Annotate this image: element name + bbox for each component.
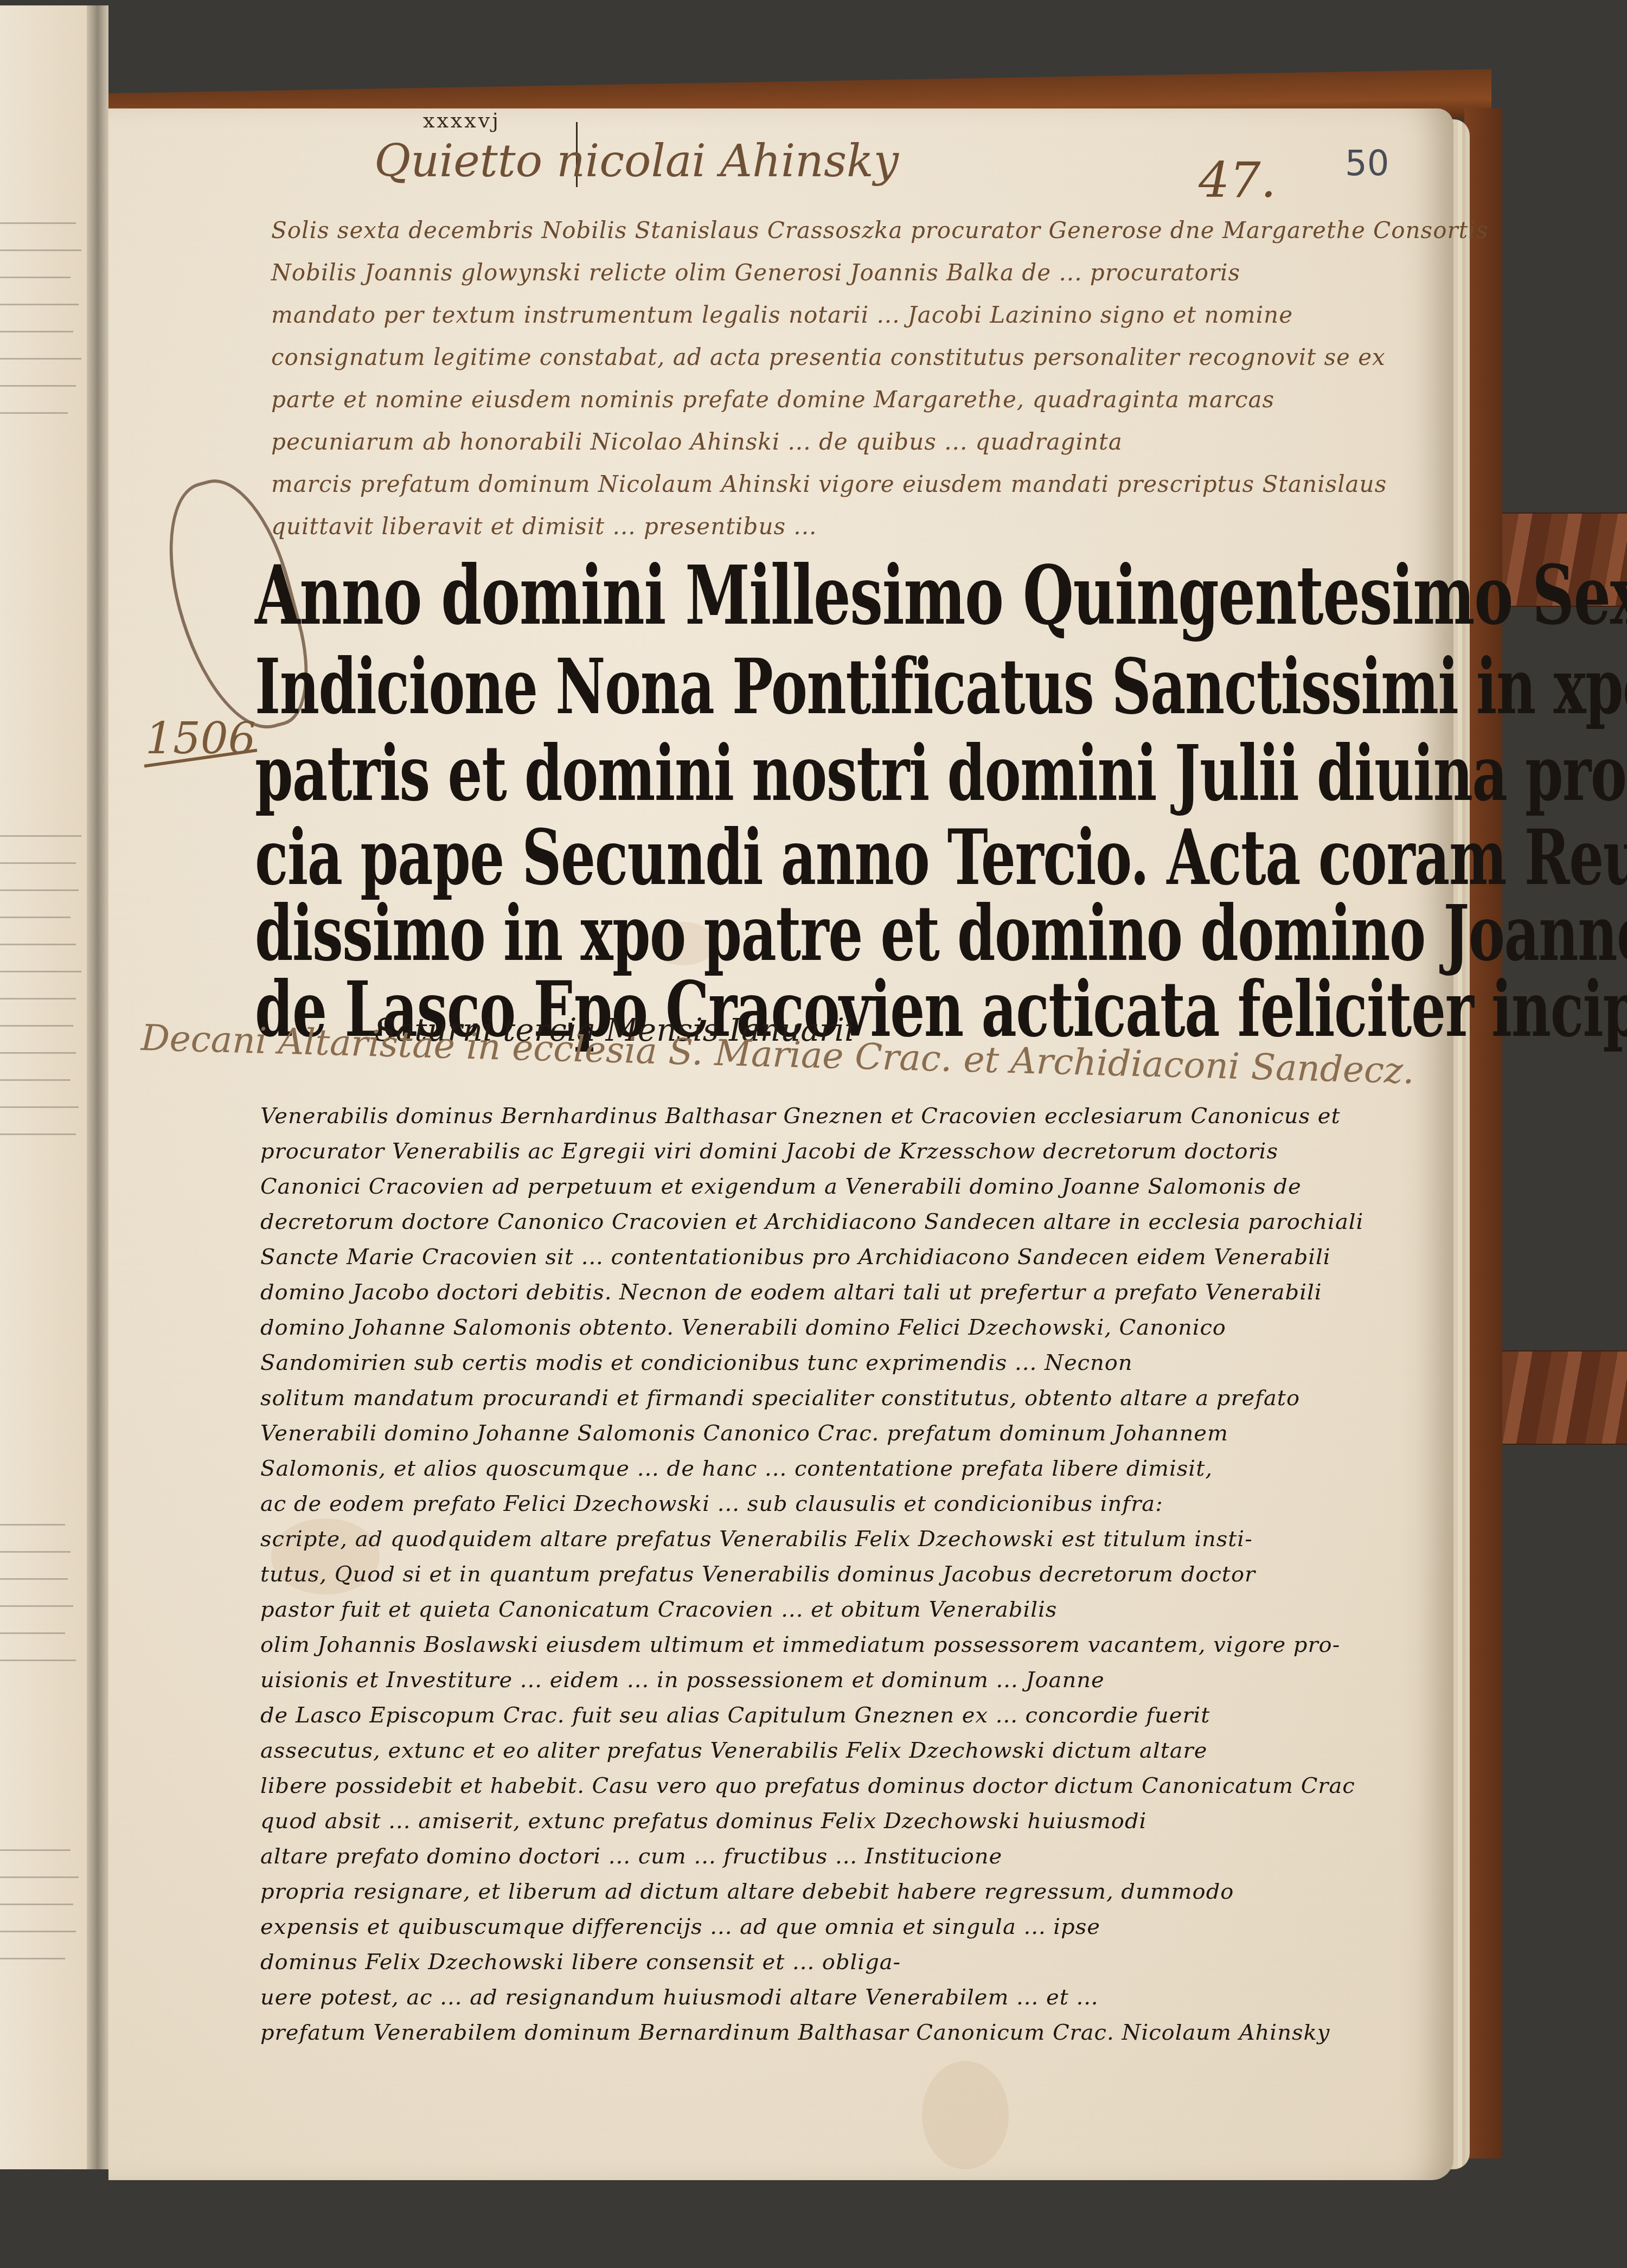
heading-line: Indicione Nona Pontificatus Sanctissimi …	[255, 643, 1627, 732]
binding-cover-edge	[1464, 108, 1502, 2158]
entry-2-line: decretorum doctore Canonico Cracovien et…	[260, 1209, 1363, 1234]
heading-line: Anno domini Millesimo Quingentesimo Sext…	[255, 548, 1627, 643]
entry-2-line: procurator Venerabilis ac Egregii viri d…	[260, 1139, 1278, 1164]
entry-2-line: assecutus, extunc et eo aliter prefatus …	[260, 1738, 1207, 1763]
entry-1-line: Solis sexta decembris Nobilis Stanislaus…	[271, 217, 1488, 244]
entry-2-line: olim Johannis Boslawski eiusdem ultimum …	[260, 1632, 1340, 1657]
book-gutter	[87, 5, 108, 2169]
entry-2-line: expensis et quibuscumque differencijs ..…	[260, 1914, 1100, 1939]
entry-2-line: Venerabilis dominus Bernhardinus Balthas…	[260, 1104, 1341, 1129]
entry-1-line: quittavit liberavit et dimisit ... prese…	[271, 513, 817, 540]
entry-2-line: Sandomirien sub certis modis et condicio…	[260, 1350, 1133, 1375]
entry-2-line: ac de eodem prefato Felici Dzechowski ..…	[260, 1491, 1163, 1516]
entry-2-line: uisionis et Investiture ... eidem ... in…	[260, 1668, 1105, 1693]
old-folio-number: 47.	[1199, 152, 1276, 209]
entry-1-line: parte et nomine eiusdem nominis prefate …	[271, 386, 1274, 413]
heading-line: patris et domini nostri domini Julii diu…	[255, 729, 1627, 818]
entry-2-line: prefatum Venerabilem dominum Bernardinum…	[260, 2020, 1330, 2045]
entry-2-line: domino Johanne Salomonis obtento. Venera…	[260, 1315, 1226, 1340]
leather-strap-lower	[1502, 1350, 1627, 1445]
entry-1-line: marcis prefatum dominum Nicolaum Ahinski…	[271, 471, 1387, 497]
entry-2-line: scripte, ad quodquidem altare prefatus V…	[260, 1527, 1253, 1552]
entry-2-line: Venerabili domino Johanne Salomonis Cano…	[260, 1421, 1228, 1446]
entry-2-line: propria resignare, et liberum ad dictum …	[260, 1879, 1234, 1904]
entry-2-line: libere possidebit et habebit. Casu vero …	[260, 1773, 1355, 1798]
modern-folio-number: 50	[1345, 144, 1389, 184]
entry-2-line: dominus Felix Dzechowski libere consensi…	[260, 1950, 901, 1975]
entry-1-line: pecuniarum ab honorabili Nicolao Ahinski…	[271, 428, 1123, 455]
entry-2-line: pastor fuit et quieta Canonicatum Cracov…	[260, 1597, 1057, 1622]
entry-2-line: uere potest, ac ... ad resignandum huius…	[260, 1985, 1099, 2010]
entry-2-line: de Lasco Episcopum Crac. fuit seu alias …	[260, 1703, 1210, 1728]
entry-2-line: tutus, Quod si et in quantum prefatus Ve…	[260, 1562, 1256, 1587]
entry-2-line: solitum mandatum procurandi et firmandi …	[260, 1386, 1300, 1411]
entry-2-line: Canonici Cracovien ad perpetuum et exige…	[260, 1174, 1302, 1199]
entry-1-line: Nobilis Joannis glowynski relicte olim G…	[271, 259, 1240, 286]
entry-2-line: quod absit ... amiserit, extunc prefatus…	[260, 1809, 1146, 1834]
entry-title-note: Quietto nicolai Ahinsky	[374, 136, 899, 187]
entry-1-line: mandato per textum instrumentum legalis …	[271, 302, 1293, 328]
quire-mark: xxxxvj	[423, 108, 501, 132]
entry-2-line: Salomonis, et alios quoscumque ... de ha…	[260, 1456, 1213, 1481]
entry-2-line: Sancte Marie Cracovien sit ... contentat…	[260, 1245, 1331, 1270]
entry-2-line: altare prefato domino doctori ... cum ..…	[260, 1844, 1002, 1869]
entry-2-line: domino Jacobo doctori debitis. Necnon de…	[260, 1280, 1322, 1305]
entry-1-line: consignatum legitime constabat, ad acta …	[271, 344, 1386, 370]
